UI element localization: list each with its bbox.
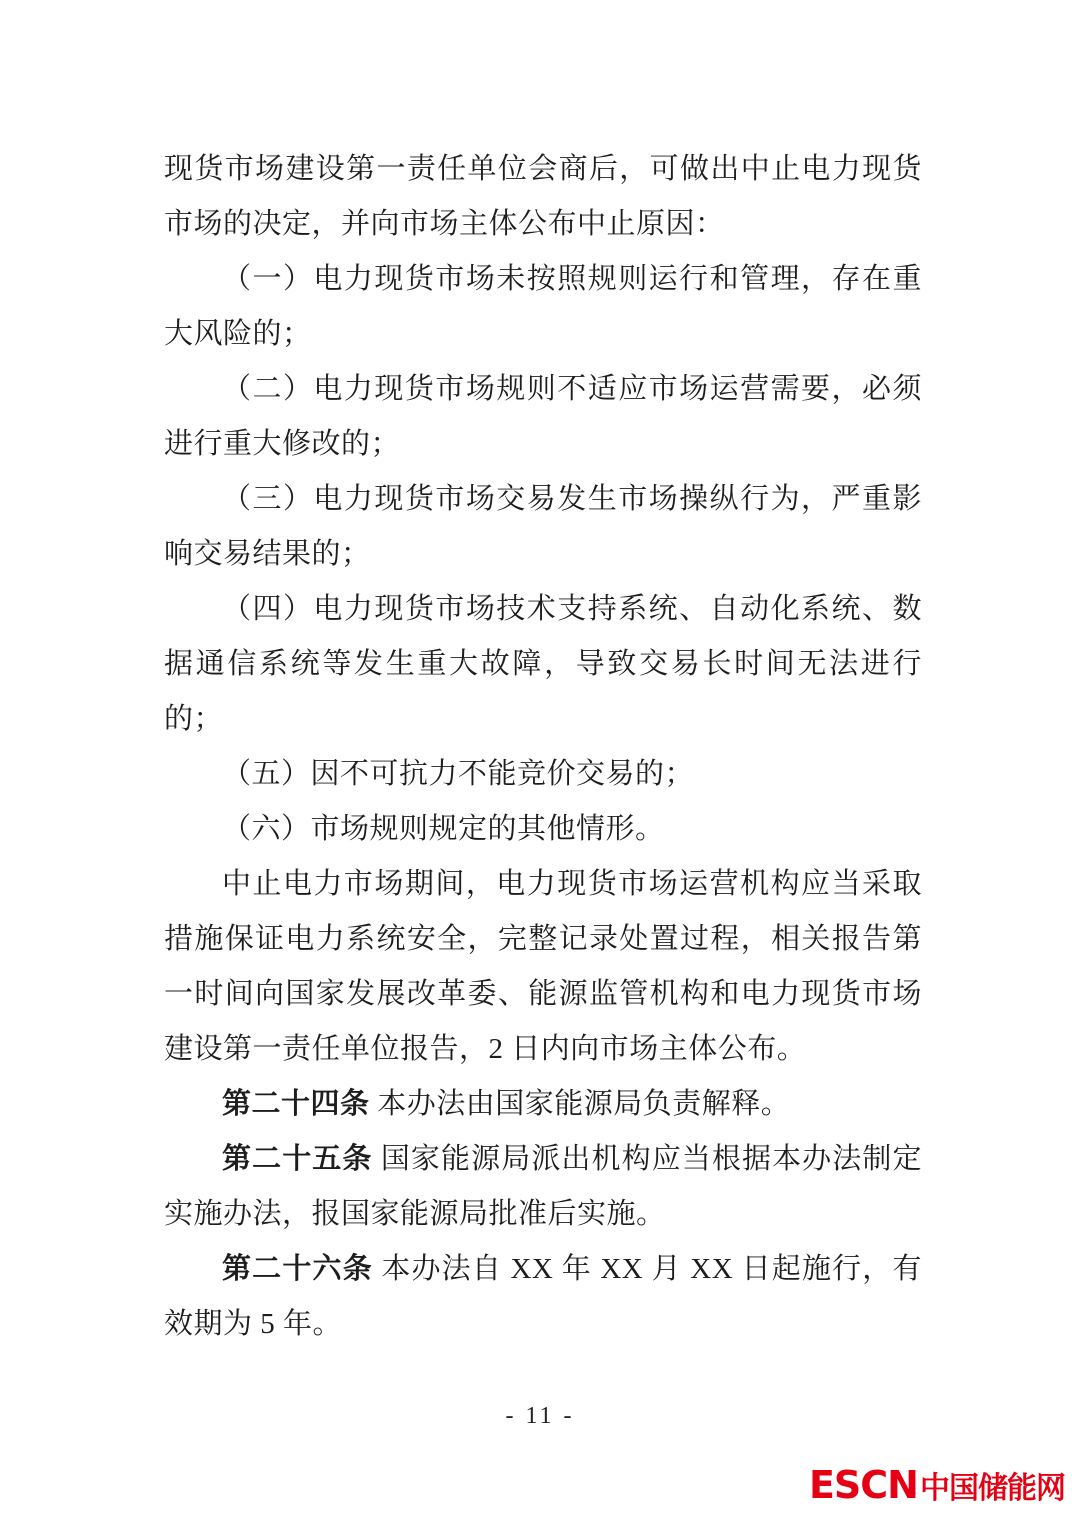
paragraph-text: （二）电力现货市场规则不适应市场运营需要，必须进行重大修改的； bbox=[164, 373, 922, 460]
paragraph: 第二十六条 本办法自 XX 年 XX 月 XX 日起施行，有效期为 5 年。 bbox=[164, 1242, 922, 1352]
paragraph: （一）电力现货市场未按照规则运行和管理，存在重大风险的； bbox=[164, 252, 922, 362]
document-body: 现货市场建设第一责任单位会商后，可做出中止电力现货市场的决定，并向市场主体公布中… bbox=[164, 142, 922, 1352]
paragraph: （六）市场规则规定的其他情形。 bbox=[164, 802, 922, 857]
paragraph-text: （四）电力现货市场技术支持系统、自动化系统、数据通信系统等发生重大故障，导致交易… bbox=[164, 593, 922, 735]
paragraph-text: （五）因不可抗力不能竞价交易的； bbox=[222, 758, 694, 790]
paragraph-text: （三）电力现货市场交易发生市场操纵行为，严重影响交易结果的； bbox=[164, 483, 922, 570]
paragraph: （五）因不可抗力不能竞价交易的； bbox=[164, 747, 922, 802]
article-number: 第二十五条 bbox=[222, 1143, 372, 1175]
paragraph-text: 本办法由国家能源局负责解释。 bbox=[370, 1088, 791, 1120]
paragraph: 第二十五条 国家能源局派出机构应当根据本办法制定实施办法，报国家能源局批准后实施… bbox=[164, 1132, 922, 1242]
document-page: 现货市场建设第一责任单位会商后，可做出中止电力现货市场的决定，并向市场主体公布中… bbox=[0, 0, 1080, 1527]
paragraph: （四）电力现货市场技术支持系统、自动化系统、数据通信系统等发生重大故障，导致交易… bbox=[164, 582, 922, 747]
article-number: 第二十四条 bbox=[222, 1088, 370, 1120]
escn-logo-latin: ESCN bbox=[809, 1463, 918, 1507]
paragraph: 第二十四条 本办法由国家能源局负责解释。 bbox=[164, 1077, 922, 1132]
paragraph-text: （六）市场规则规定的其他情形。 bbox=[222, 813, 665, 845]
article-number: 第二十六条 bbox=[222, 1253, 373, 1285]
paragraph: 现货市场建设第一责任单位会商后，可做出中止电力现货市场的决定，并向市场主体公布中… bbox=[164, 142, 922, 252]
page-number: - 11 - bbox=[0, 1403, 1080, 1430]
paragraph-text: 中止电力市场期间，电力现货市场运营机构应当采取措施保证电力系统安全，完整记录处置… bbox=[164, 868, 922, 1065]
paragraph: （二）电力现货市场规则不适应市场运营需要，必须进行重大修改的； bbox=[164, 362, 922, 472]
paragraph: （三）电力现货市场交易发生市场操纵行为，严重影响交易结果的； bbox=[164, 472, 922, 582]
paragraph-text: （一）电力现货市场未按照规则运行和管理，存在重大风险的； bbox=[164, 263, 922, 350]
paragraph: 中止电力市场期间，电力现货市场运营机构应当采取措施保证电力系统安全，完整记录处置… bbox=[164, 857, 922, 1077]
paragraph-text: 现货市场建设第一责任单位会商后，可做出中止电力现货市场的决定，并向市场主体公布中… bbox=[164, 153, 922, 240]
escn-logo-chinese: 中国储能网 bbox=[920, 1471, 1065, 1506]
escn-logo: ESCN中国储能网 bbox=[809, 1465, 1065, 1513]
